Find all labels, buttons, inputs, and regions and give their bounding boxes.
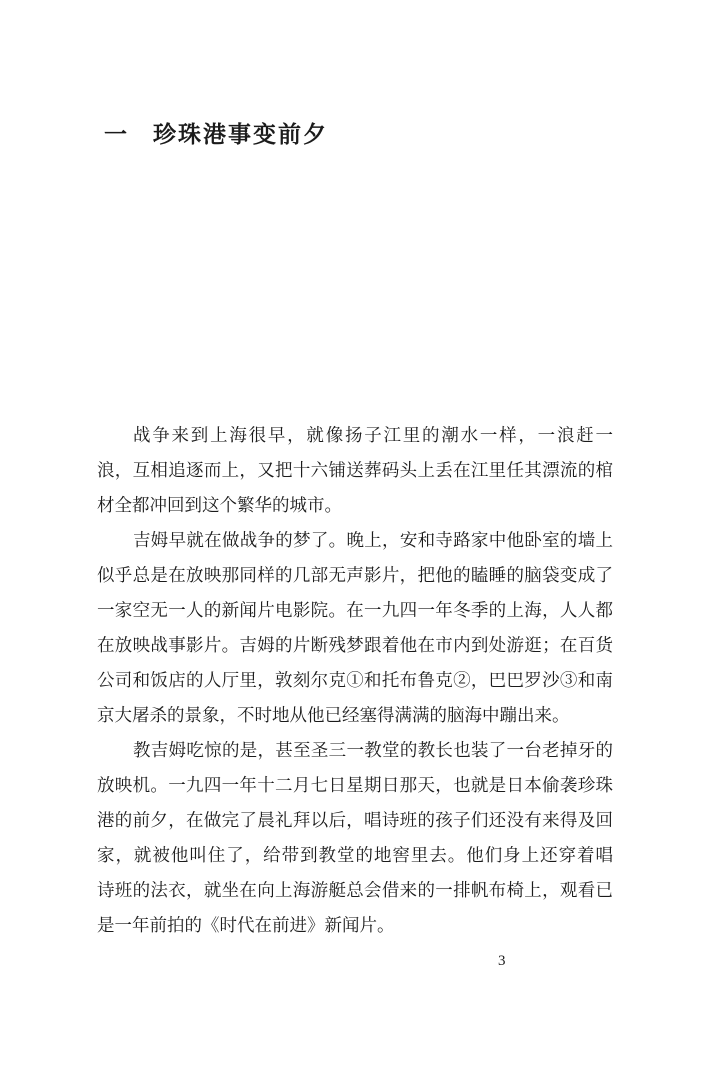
- text-line: 港的前夕，在做完了晨礼拜以后，唱诗班的孩子们还没有来得及回: [97, 803, 613, 838]
- text-line: 材全都冲回到这个繁华的城市。: [97, 488, 613, 523]
- chapter-number: 一: [104, 116, 129, 149]
- text-line: 在放映战事影片。吉姆的片断残梦跟着他在市内到处游逛；在百货: [97, 628, 613, 663]
- text-line: 京大屠杀的景象，不时地从他已经塞得满满的脑海中蹦出来。: [97, 698, 613, 733]
- text-line: 是一年前拍的《时代在前进》新闻片。: [97, 908, 613, 943]
- text-line: 公司和饭店的人厅里，敦刻尔克①和托布鲁克②，巴巴罗沙③和南: [97, 663, 613, 698]
- text-line: 战争来到上海很早，就像扬子江里的潮水一样，一浪赶一: [97, 418, 613, 453]
- text-line: 吉姆早就在做战争的梦了。晚上，安和寺路家中他卧室的墙上: [97, 523, 613, 558]
- text-line: 教吉姆吃惊的是，甚至圣三一教堂的教长也装了一台老掉牙的: [97, 733, 613, 768]
- text-line: 似乎总是在放映那同样的几部无声影片，把他的瞌睡的脑袋变成了: [97, 558, 613, 593]
- text-line: 一家空无一人的新闻片电影院。在一九四一年冬季的上海，人人都: [97, 593, 613, 628]
- text-line: 家，就被他叫住了，给带到教堂的地窖里去。他们身上还穿着唱: [97, 838, 613, 873]
- text-line: 浪，互相追逐而上，又把十六铺送葬码头上丢在江里任其漂流的棺: [97, 453, 613, 488]
- page-number: 3: [498, 953, 507, 970]
- text-line: 放映机。一九四一年十二月七日星期日那天，也就是日本偷袭珍珠: [97, 768, 613, 803]
- body-text: 战争来到上海很早，就像扬子江里的潮水一样，一浪赶一 浪，互相追逐而上，又把十六铺…: [97, 418, 613, 943]
- chapter-title: 一珍珠港事变前夕: [104, 116, 328, 149]
- book-page: 一珍珠港事变前夕 战争来到上海很早，就像扬子江里的潮水一样，一浪赶一 浪，互相追…: [0, 0, 710, 1079]
- text-line: 诗班的法衣，就坐在向上海游艇总会借来的一排帆布椅上，观看已: [97, 873, 613, 908]
- chapter-title-text: 珍珠港事变前夕: [153, 122, 328, 147]
